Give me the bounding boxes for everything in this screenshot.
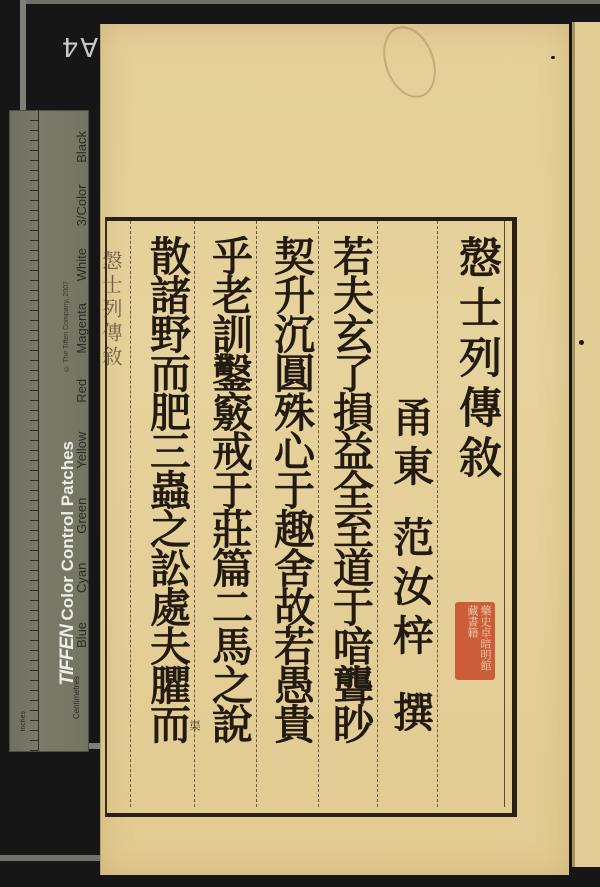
ruler-brand: TIFFEN Color Control Patches [57,441,79,686]
column-text: 若夫玄了損益全至道于喑聾眇 [319,221,378,742]
scanner-guide-horizontal-lower [0,855,100,861]
text-column-3: 乎老訓鑿竅戒于莊篇二馬之說 [194,221,257,807]
column-text: 乎老訓鑿竅戒于莊篇二馬之說 [195,221,257,742]
wormhole [579,340,584,345]
column-text: 散諸野而肥三蟲之訟處夫臞而 [131,221,195,742]
paper-size-label: A4 [56,28,102,64]
column-text: 契升沉圓殊心于趣舍故若愚貴 [257,221,319,742]
bleed-through-text: 慤士列傳敘 [104,250,126,430]
scanner-guide-top [20,0,600,4]
ownership-seal: 藥史卓暗明館藏書籍 [455,602,495,680]
next-page-edge [572,22,600,867]
ruler-copyright: © The Tiffen Company, 2007 [63,281,70,372]
text-column-2: 契升沉圓殊心于趣舍故若愚貴 [256,221,319,807]
author-column: 甬東 范汝梓 撰 [377,221,438,807]
margin-annotation: 渠 [186,720,202,731]
text-column-1: 若夫玄了損益全至道于喑聾眇 [318,221,378,807]
color-calibration-ruler: Blue Cyan Green Yellow Red Magenta White… [9,110,89,752]
title-column: 慤士列傳敘 [437,221,505,807]
ruler-ticks [16,111,39,751]
book-title: 慤士列傳敘 [438,221,505,485]
wormhole [551,56,555,59]
ruler-unit-inches: Inches [20,711,27,732]
author-verb: 撰 [378,221,438,740]
ruler-unit-cm: Centimetres [72,676,81,719]
